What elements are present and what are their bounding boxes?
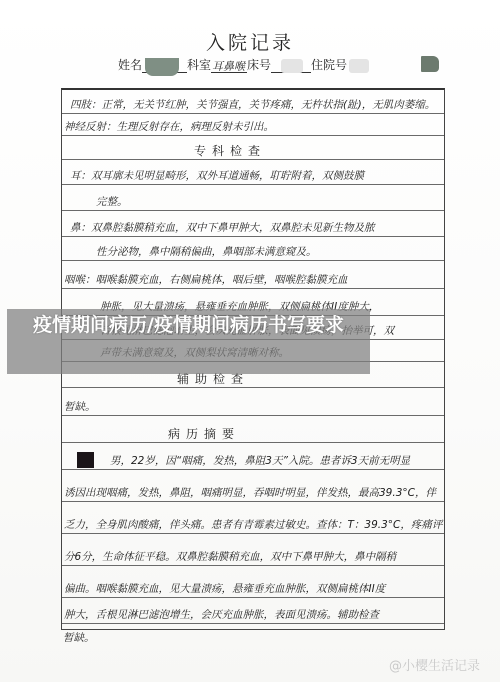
row-throat-1: 咽喉：咽喉黏膜充血，右侧扁桃体，咽后壁，咽喉腔黏膜充血 [62,260,444,289]
bed-label: 床号 [247,56,271,73]
bed-redaction [281,59,303,73]
row-summary-3: 乏力，全身肌肉酸痛，伴头痛。患者有青霉素过敏史。查体：T：39.3°C，疼痛评 [62,501,444,534]
admission-no-redaction [349,59,369,73]
document-title: 入院记录 [0,28,500,55]
summary-last-line: 暂缺。 [63,630,95,645]
redaction-block [421,56,439,72]
patient-redaction [77,452,94,468]
row-summary-2: 诱因出现咽痛，发热，鼻阻，咽痛明显，吞咽时明显，伴发热，最高39.3°C，伴 [62,469,444,502]
heading-case-summary: 病历摘要 [62,415,444,443]
row-neuro: 神经反射：生理反射存在，病理反射未引出。 [62,113,444,136]
admission-no-label: 住院号 [311,56,347,73]
row-nose-2: 性分泌物，鼻中隔稍偏曲，鼻咽部未满意窥及。 [62,236,444,261]
heading-specialty-exam: 专科检查 [62,135,444,160]
row-summary-4: 分6分，生命体征平稳。双鼻腔黏膜稍充血，双中下鼻甲肿大，鼻中隔稍 [62,533,444,566]
row-ear-2: 完整。 [62,184,444,211]
watermark: @小樱生活记录 [389,655,480,674]
row-limbs: 四肢：正常，无关节红肿，关节强直，关节疼痛，无杵状指(趾)，无肌肉萎缩。 [62,90,444,114]
name-redaction [145,58,179,76]
row-auxiliary-value: 暂缺。 [62,387,444,416]
row-nose-1: 鼻：双鼻腔黏膜稍充血，双中下鼻甲肿大，双鼻腔未见新生物及脓 [62,210,444,237]
row-summary-6: 肿大，舌根见淋巴滤泡增生，会厌充血肿胀，表面见溃疡。辅助检查 [62,597,444,624]
department-label: 科室 [187,56,211,73]
row-summary-5: 偏曲。咽喉黏膜充血，见大量溃疡，悬雍垂充血肿胀，双侧扁桃体II度 [62,565,444,598]
name-label: 姓名 [118,56,142,73]
row-ear-1: 耳：双耳廓未见明显畸形，双外耳道通畅，耵聍附着，双侧鼓膜 [62,159,444,185]
name-field [142,58,187,73]
row-summary-7 [62,623,444,629]
caption-text: 疫情期间病历/疫情期间病历书写要求 [7,313,370,337]
department-field: 耳鼻喉 [211,58,247,73]
patient-header: 姓名 科室 耳鼻喉 床号 住院号 [118,53,369,73]
row-summary-1: 男，22岁，因“咽痛，发热，鼻阻3天”入院。患者诉3天前无明显 [62,442,444,470]
bed-field [271,58,311,73]
medical-record-page: 入院记录 姓名 科室 耳鼻喉 床号 住院号 四肢：正常，无关节红肿，关节强直，关… [0,0,500,682]
